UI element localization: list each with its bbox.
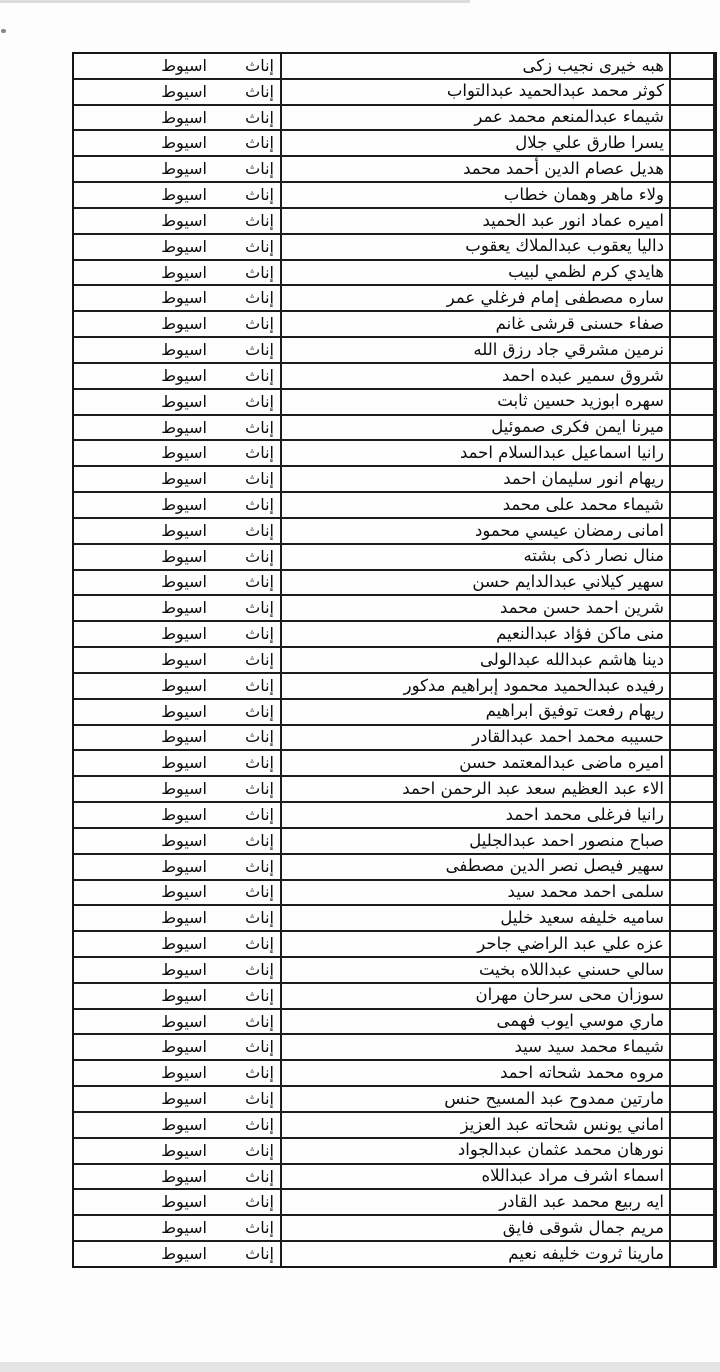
governorate-cell: اسيوط <box>74 1190 213 1214</box>
gender-cell: إناث <box>213 622 282 646</box>
gender-cell: إناث <box>213 416 282 440</box>
gender-cell: إناث <box>213 855 282 879</box>
governorate-cell: اسيوط <box>74 1165 213 1189</box>
table-row: اسيوطإناثمنال نصار ذكى بشته <box>74 545 715 571</box>
gender-cell: إناث <box>213 157 282 181</box>
table-row: اسيوطإناثامانى رمضان عيسي محمود <box>74 519 715 545</box>
name-cell: عزه علي عبد الراضي جاحر <box>282 932 671 956</box>
name-cell: اماني يونس شحاته عبد العزيز <box>282 1113 671 1137</box>
table-row: اسيوطإناثسهير فيصل نصر الدين مصطفى <box>74 855 715 881</box>
governorate-cell: اسيوط <box>74 596 213 620</box>
governorate-cell: اسيوط <box>74 984 213 1008</box>
serial-cell-empty <box>671 751 715 775</box>
gender-cell: إناث <box>213 338 282 362</box>
table-row: اسيوطإناثهايدي كرم لظمي لبيب <box>74 261 715 287</box>
serial-cell-empty <box>671 416 715 440</box>
governorate-cell: اسيوط <box>74 441 213 465</box>
name-cell: سالي حسني عبداللاه بخيت <box>282 958 671 982</box>
governorate-cell: اسيوط <box>74 1139 213 1163</box>
table-row: اسيوطإناثساميه خليفه سعيد خليل <box>74 906 715 932</box>
name-cell: سهير كيلاني عبدالدايم حسن <box>282 571 671 595</box>
gender-cell: إناث <box>213 1190 282 1214</box>
governorate-cell: اسيوط <box>74 803 213 827</box>
serial-cell-empty <box>671 441 715 465</box>
serial-cell-empty <box>671 80 715 104</box>
gender-cell: إناث <box>213 545 282 569</box>
governorate-cell: اسيوط <box>74 209 213 233</box>
gender-cell: إناث <box>213 571 282 595</box>
serial-cell-empty <box>671 1113 715 1137</box>
gender-cell: إناث <box>213 932 282 956</box>
scan-artifact-bottom-edge <box>0 1362 720 1372</box>
gender-cell: إناث <box>213 596 282 620</box>
governorate-cell: اسيوط <box>74 416 213 440</box>
gender-cell: إناث <box>213 235 282 259</box>
table-row: اسيوطإناثسلمى احمد محمد سيد <box>74 881 715 907</box>
table-row: اسيوطإناثداليا يعقوب عبدالملاك يعقوب <box>74 235 715 261</box>
serial-cell-empty <box>671 106 715 130</box>
name-cell: ايه ربيع محمد عبد القادر <box>282 1190 671 1214</box>
name-cell: هديل عصام الدين أحمد محمد <box>282 157 671 181</box>
gender-cell: إناث <box>213 829 282 853</box>
serial-cell-empty <box>671 157 715 181</box>
governorate-cell: اسيوط <box>74 261 213 285</box>
table-row: اسيوطإناثرانيا فرغلى محمد احمد <box>74 803 715 829</box>
name-cell: هبه خيرى نجيب زكى <box>282 54 671 78</box>
serial-cell-empty <box>671 932 715 956</box>
gender-cell: إناث <box>213 1139 282 1163</box>
table-row: اسيوطإناثاميره عماد انور عبد الحميد <box>74 209 715 235</box>
serial-cell-empty <box>671 209 715 233</box>
gender-cell: إناث <box>213 1010 282 1034</box>
table-row: اسيوطإناثاميره ماضى عبدالمعتمد حسن <box>74 751 715 777</box>
name-cell: اميره عماد انور عبد الحميد <box>282 209 671 233</box>
serial-cell-empty <box>671 131 715 155</box>
governorate-cell: اسيوط <box>74 1216 213 1240</box>
table-row: اسيوطإناثيسرا طارق علي جلال <box>74 131 715 157</box>
serial-cell-empty <box>671 261 715 285</box>
name-cell: داليا يعقوب عبدالملاك يعقوب <box>282 235 671 259</box>
governorate-cell: اسيوط <box>74 1242 213 1266</box>
table-row: اسيوطإناثحسيبه محمد احمد عبدالقادر <box>74 726 715 752</box>
governorate-cell: اسيوط <box>74 545 213 569</box>
gender-cell: إناث <box>213 80 282 104</box>
table-row: اسيوطإناثسالي حسني عبداللاه بخيت <box>74 958 715 984</box>
table-row: اسيوطإناثنرمين مشرقي جاد رزق الله <box>74 338 715 364</box>
table-row: اسيوطإناثشرين احمد حسن محمد <box>74 596 715 622</box>
name-cell: رانيا اسماعيل عبدالسلام احمد <box>282 441 671 465</box>
serial-cell-empty <box>671 622 715 646</box>
name-cell: امانى رمضان عيسي محمود <box>282 519 671 543</box>
governorate-cell: اسيوط <box>74 958 213 982</box>
serial-cell-empty <box>671 648 715 672</box>
serial-cell-empty <box>671 545 715 569</box>
table-row: اسيوطإناثنورهان محمد عثمان عبدالجواد <box>74 1139 715 1165</box>
table-row: اسيوطإناثمريم جمال شوقى فايق <box>74 1216 715 1242</box>
serial-cell-empty <box>671 1010 715 1034</box>
table-row: اسيوطإناثاسماء اشرف مراد عبداللاه <box>74 1165 715 1191</box>
name-cell: مريم جمال شوقى فايق <box>282 1216 671 1240</box>
governorate-cell: اسيوط <box>74 493 213 517</box>
serial-cell-empty <box>671 1061 715 1085</box>
gender-cell: إناث <box>213 261 282 285</box>
gender-cell: إناث <box>213 1035 282 1059</box>
name-cell: سهير فيصل نصر الدين مصطفى <box>282 855 671 879</box>
governorate-cell: اسيوط <box>74 648 213 672</box>
table-row: اسيوطإناثاماني يونس شحاته عبد العزيز <box>74 1113 715 1139</box>
gender-cell: إناث <box>213 441 282 465</box>
governorate-cell: اسيوط <box>74 157 213 181</box>
serial-cell-empty <box>671 674 715 698</box>
governorate-cell: اسيوط <box>74 519 213 543</box>
name-cell: سلمى احمد محمد سيد <box>282 881 671 905</box>
name-cell: ريهام انور سليمان احمد <box>282 467 671 491</box>
serial-cell-empty <box>671 571 715 595</box>
serial-cell-empty <box>671 984 715 1008</box>
name-cell: شرين احمد حسن محمد <box>282 596 671 620</box>
gender-cell: إناث <box>213 467 282 491</box>
governorate-cell: اسيوط <box>74 80 213 104</box>
governorate-cell: اسيوط <box>74 312 213 336</box>
name-cell: ولاء ماهر وهمان خطاب <box>282 183 671 207</box>
gender-cell: إناث <box>213 364 282 388</box>
table-row: اسيوطإناثشيماء عبدالمنعم محمد عمر <box>74 106 715 132</box>
name-cell: شيماء محمد على محمد <box>282 493 671 517</box>
serial-cell-empty <box>671 519 715 543</box>
governorate-cell: اسيوط <box>74 855 213 879</box>
serial-cell-empty <box>671 829 715 853</box>
serial-cell-empty <box>671 596 715 620</box>
governorate-cell: اسيوط <box>74 1035 213 1059</box>
governorate-cell: اسيوط <box>74 674 213 698</box>
scanned-document-page: اسيوطإناثهبه خيرى نجيب زكىاسيوطإناثكوثر … <box>0 0 720 1372</box>
table-row: اسيوطإناثعزه علي عبد الراضي جاحر <box>74 932 715 958</box>
serial-cell-empty <box>671 286 715 310</box>
gender-cell: إناث <box>213 674 282 698</box>
serial-cell-empty <box>671 54 715 78</box>
serial-cell-empty <box>671 364 715 388</box>
table-row: اسيوطإناثهبه خيرى نجيب زكى <box>74 54 715 80</box>
gender-cell: إناث <box>213 751 282 775</box>
governorate-cell: اسيوط <box>74 183 213 207</box>
governorate-cell: اسيوط <box>74 467 213 491</box>
gender-cell: إناث <box>213 803 282 827</box>
table-row: اسيوطإناثرانيا اسماعيل عبدالسلام احمد <box>74 441 715 467</box>
name-cell: منى ماكن فؤاد عبدالنعيم <box>282 622 671 646</box>
name-cell: نرمين مشرقي جاد رزق الله <box>282 338 671 362</box>
table-row: اسيوطإناثمارتين ممدوح عبد المسيح حنس <box>74 1087 715 1113</box>
gender-cell: إناث <box>213 777 282 801</box>
serial-cell-empty <box>671 1139 715 1163</box>
gender-cell: إناث <box>213 312 282 336</box>
gender-cell: إناث <box>213 1216 282 1240</box>
serial-cell-empty <box>671 906 715 930</box>
gender-cell: إناث <box>213 726 282 750</box>
name-cell: اميره ماضى عبدالمعتمد حسن <box>282 751 671 775</box>
table-row: اسيوطإناثدينا هاشم عبدالله عبدالولى <box>74 648 715 674</box>
gender-cell: إناث <box>213 1087 282 1111</box>
table-row: اسيوطإناثريهام رفعت توفيق ابراهيم <box>74 700 715 726</box>
governorate-cell: اسيوط <box>74 54 213 78</box>
governorate-cell: اسيوط <box>74 726 213 750</box>
governorate-cell: اسيوط <box>74 131 213 155</box>
gender-cell: إناث <box>213 493 282 517</box>
name-cell: مارتين ممدوح عبد المسيح حنس <box>282 1087 671 1111</box>
serial-cell-empty <box>671 700 715 724</box>
governorate-cell: اسيوط <box>74 390 213 414</box>
serial-cell-empty <box>671 1087 715 1111</box>
table-row: اسيوطإناثولاء ماهر وهمان خطاب <box>74 183 715 209</box>
serial-cell-empty <box>671 235 715 259</box>
name-cell: هايدي كرم لظمي لبيب <box>282 261 671 285</box>
table-row: اسيوطإناثكوثر محمد عبدالحميد عبدالتواب <box>74 80 715 106</box>
name-cell: ساميه خليفه سعيد خليل <box>282 906 671 930</box>
gender-cell: إناث <box>213 1165 282 1189</box>
table-row: اسيوطإناثصفاء حسنى قرشى غانم <box>74 312 715 338</box>
name-cell: سهره ابوزيد حسين ثابت <box>282 390 671 414</box>
serial-cell-empty <box>671 390 715 414</box>
name-cell: الاء عبد العظيم سعد عبد الرحمن احمد <box>282 777 671 801</box>
serial-cell-empty <box>671 726 715 750</box>
name-cell: ريهام رفعت توفيق ابراهيم <box>282 700 671 724</box>
serial-cell-empty <box>671 493 715 517</box>
gender-cell: إناث <box>213 1242 282 1266</box>
table-row: اسيوطإناثصباح منصور احمد عبدالجليل <box>74 829 715 855</box>
name-cell: صباح منصور احمد عبدالجليل <box>282 829 671 853</box>
gender-cell: إناث <box>213 984 282 1008</box>
table-row: اسيوطإناثريهام انور سليمان احمد <box>74 467 715 493</box>
serial-cell-empty <box>671 803 715 827</box>
serial-cell-empty <box>671 1190 715 1214</box>
gender-cell: إناث <box>213 1113 282 1137</box>
gender-cell: إناث <box>213 1061 282 1085</box>
name-cell: ماري موسي ايوب فهمى <box>282 1010 671 1034</box>
table-row: اسيوطإناثساره مصطفى إمام فرغلي عمر <box>74 286 715 312</box>
name-cell: يسرا طارق علي جلال <box>282 131 671 155</box>
governorate-cell: اسيوط <box>74 932 213 956</box>
governorate-cell: اسيوط <box>74 286 213 310</box>
gender-cell: إناث <box>213 131 282 155</box>
name-cell: شروق سمير عبده احمد <box>282 364 671 388</box>
serial-cell-empty <box>671 855 715 879</box>
scan-artifact-top-edge <box>0 0 470 3</box>
name-cell: منال نصار ذكى بشته <box>282 545 671 569</box>
serial-cell-empty <box>671 881 715 905</box>
gender-cell: إناث <box>213 881 282 905</box>
table-row: اسيوطإناثشيماء محمد على محمد <box>74 493 715 519</box>
name-cell: مارينا ثروت خليفه نعيم <box>282 1242 671 1266</box>
name-cell: ساره مصطفى إمام فرغلي عمر <box>282 286 671 310</box>
serial-cell-empty <box>671 958 715 982</box>
governorate-cell: اسيوط <box>74 1113 213 1137</box>
governorate-cell: اسيوط <box>74 777 213 801</box>
gender-cell: إناث <box>213 286 282 310</box>
table-row: اسيوطإناثشيماء محمد سيد سيد <box>74 1035 715 1061</box>
name-cell: حسيبه محمد احمد عبدالقادر <box>282 726 671 750</box>
gender-cell: إناث <box>213 54 282 78</box>
name-cell: كوثر محمد عبدالحميد عبدالتواب <box>282 80 671 104</box>
table-row: اسيوطإناثميرنا ايمن فكرى صموئيل <box>74 416 715 442</box>
governorate-cell: اسيوط <box>74 364 213 388</box>
governorate-cell: اسيوط <box>74 338 213 362</box>
name-cell: شيماء محمد سيد سيد <box>282 1035 671 1059</box>
serial-cell-empty <box>671 1242 715 1266</box>
name-cell: رانيا فرغلى محمد احمد <box>282 803 671 827</box>
table-row: اسيوطإناثشروق سمير عبده احمد <box>74 364 715 390</box>
governorate-cell: اسيوط <box>74 622 213 646</box>
table-row: اسيوطإناثمروه محمد شحاته احمد <box>74 1061 715 1087</box>
serial-cell-empty <box>671 183 715 207</box>
table-row: اسيوطإناثسهير كيلاني عبدالدايم حسن <box>74 571 715 597</box>
scan-artifact-speck <box>1 29 6 33</box>
serial-cell-empty <box>671 1035 715 1059</box>
governorate-cell: اسيوط <box>74 751 213 775</box>
governorate-cell: اسيوط <box>74 829 213 853</box>
governorate-cell: اسيوط <box>74 700 213 724</box>
serial-cell-empty <box>671 1216 715 1240</box>
gender-cell: إناث <box>213 106 282 130</box>
governorate-cell: اسيوط <box>74 881 213 905</box>
name-cell: ميرنا ايمن فكرى صموئيل <box>282 416 671 440</box>
serial-cell-empty <box>671 777 715 801</box>
name-cell: صفاء حسنى قرشى غانم <box>282 312 671 336</box>
table-row: اسيوطإناثسوزان محى سرحان مهران <box>74 984 715 1010</box>
table-row: اسيوطإناثالاء عبد العظيم سعد عبد الرحمن … <box>74 777 715 803</box>
governorate-cell: اسيوط <box>74 571 213 595</box>
governorate-cell: اسيوط <box>74 1087 213 1111</box>
serial-cell-empty <box>671 338 715 362</box>
gender-cell: إناث <box>213 209 282 233</box>
name-cell: نورهان محمد عثمان عبدالجواد <box>282 1139 671 1163</box>
table-row: اسيوطإناثايه ربيع محمد عبد القادر <box>74 1190 715 1216</box>
name-cell: سوزان محى سرحان مهران <box>282 984 671 1008</box>
serial-cell-empty <box>671 312 715 336</box>
gender-cell: إناث <box>213 183 282 207</box>
table-row: اسيوطإناثمارينا ثروت خليفه نعيم <box>74 1242 715 1266</box>
gender-cell: إناث <box>213 390 282 414</box>
serial-cell-empty <box>671 467 715 491</box>
gender-cell: إناث <box>213 906 282 930</box>
table-row: اسيوطإناثهديل عصام الدين أحمد محمد <box>74 157 715 183</box>
name-cell: مروه محمد شحاته احمد <box>282 1061 671 1085</box>
name-cell: رفيده عبدالحميد محمود إبراهيم مدكور <box>282 674 671 698</box>
governorate-cell: اسيوط <box>74 106 213 130</box>
table-row: اسيوطإناثمنى ماكن فؤاد عبدالنعيم <box>74 622 715 648</box>
name-cell: دينا هاشم عبدالله عبدالولى <box>282 648 671 672</box>
governorate-cell: اسيوط <box>74 1061 213 1085</box>
gender-cell: إناث <box>213 648 282 672</box>
table-row: اسيوطإناثسهره ابوزيد حسين ثابت <box>74 390 715 416</box>
table-row: اسيوطإناثماري موسي ايوب فهمى <box>74 1010 715 1036</box>
name-cell: شيماء عبدالمنعم محمد عمر <box>282 106 671 130</box>
governorate-cell: اسيوط <box>74 1010 213 1034</box>
gender-cell: إناث <box>213 958 282 982</box>
governorate-cell: اسيوط <box>74 235 213 259</box>
table-row: اسيوطإناثرفيده عبدالحميد محمود إبراهيم م… <box>74 674 715 700</box>
gender-cell: إناث <box>213 700 282 724</box>
gender-cell: إناث <box>213 519 282 543</box>
roster-table: اسيوطإناثهبه خيرى نجيب زكىاسيوطإناثكوثر … <box>72 52 717 1268</box>
serial-cell-empty <box>671 1165 715 1189</box>
governorate-cell: اسيوط <box>74 906 213 930</box>
name-cell: اسماء اشرف مراد عبداللاه <box>282 1165 671 1189</box>
